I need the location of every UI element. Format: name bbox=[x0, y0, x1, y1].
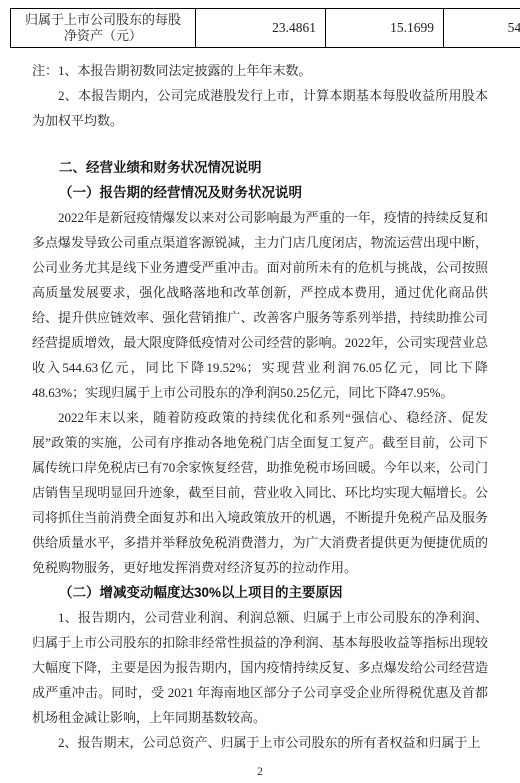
table-row: 归属于上市公司股东的每股净资产（元） 23.4861 15.1699 54.82 bbox=[11, 9, 520, 48]
subsection-heading-change-reasons: （二）增减变动幅度达30%以上项目的主要原因 bbox=[32, 580, 488, 605]
metric-value-change-percent: 54.82 bbox=[444, 9, 520, 48]
paragraph-reason-1: 1、报告期内，公司营业利润、利润总额、归属于上市公司股东的净利润、归属于上市公司… bbox=[32, 605, 488, 730]
section-heading-business-performance: 二、经营业绩和财务状况情况说明 bbox=[32, 155, 488, 180]
subsection-heading-operating-status: （一）报告期的经营情况及财务状况说明 bbox=[32, 180, 488, 205]
page-number: 2 bbox=[0, 764, 520, 778]
paragraph-reason-2: 2、报告期末，公司总资产、归属于上市公司股东的所有者权益和归属于上 bbox=[32, 730, 488, 755]
document-page: 归属于上市公司股东的每股净资产（元） 23.4861 15.1699 54.82… bbox=[0, 0, 520, 783]
note-line-1: 注：1、本报告期初数同法定披露的上年年末数。 bbox=[32, 58, 488, 83]
paragraph-operating-review: 2022年是新冠疫情爆发以来对公司影响最为严重的一年，疫情的持续反复和多点爆发导… bbox=[32, 205, 488, 405]
financial-metrics-table: 归属于上市公司股东的每股净资产（元） 23.4861 15.1699 54.82 bbox=[10, 8, 520, 48]
document-body: 注：1、本报告期初数同法定披露的上年年末数。 2、本报告期内，公司完成港股发行上… bbox=[0, 58, 520, 755]
metric-value-current-period: 23.4861 bbox=[196, 9, 326, 48]
metric-value-prior-period: 15.1699 bbox=[326, 9, 444, 48]
note-line-2: 2、本报告期内，公司完成港股发行上市，计算本期基本每股收益所用股本为加权平均数。 bbox=[32, 83, 488, 133]
metric-label-cell: 归属于上市公司股东的每股净资产（元） bbox=[11, 9, 196, 48]
paragraph-recovery-outlook: 2022年末以来，随着防疫政策的持续优化和系列“强信心、稳经济、促发展”政策的实… bbox=[32, 405, 488, 580]
